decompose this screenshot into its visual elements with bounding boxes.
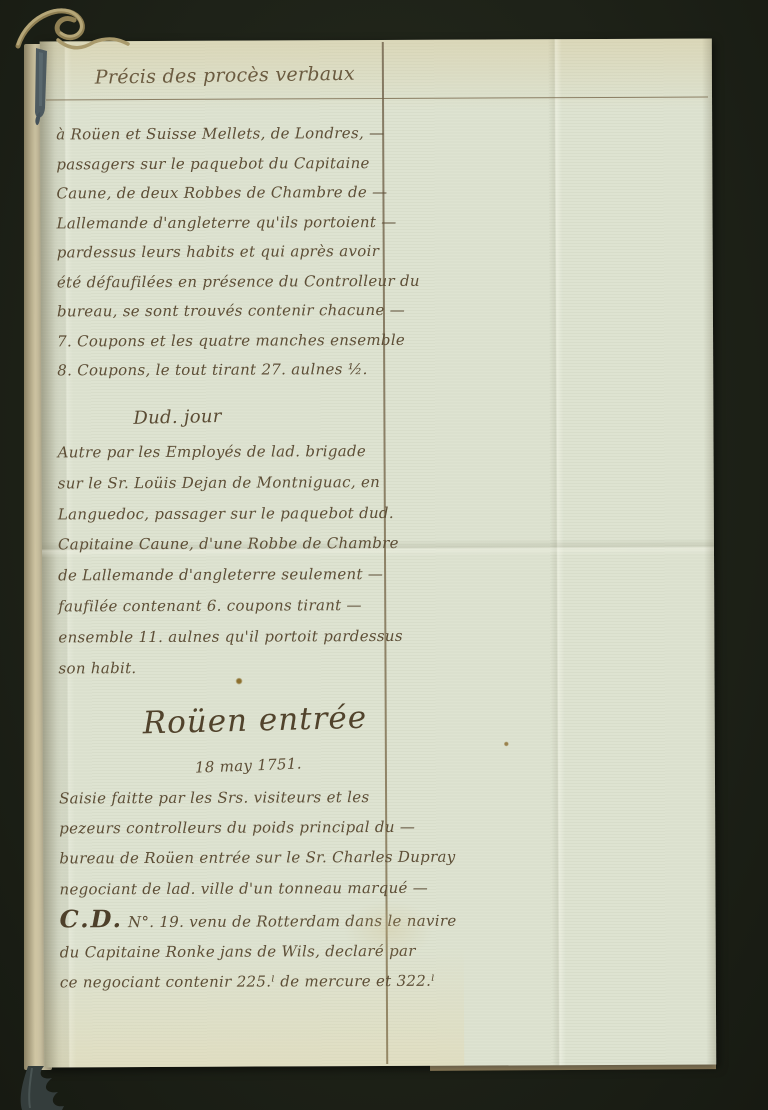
ribbon-bottom-icon — [21, 1066, 64, 1110]
left-text-column: à Roüen et Suisse Mellets, de Londres, —… — [54, 40, 386, 41]
paragraph-rouen-entree: Saisie faitte par les Srs. visiteurs et … — [59, 782, 388, 998]
manuscript-line: 7. Coupons et les quatre manches ensembl… — [57, 325, 385, 356]
manuscript-line: Languedoc, passager sur le paquebot dud. — [58, 498, 386, 530]
right-column-blank — [384, 41, 714, 1064]
manuscript-line: Autre par les Employés de lad. brigade — [57, 436, 385, 468]
manuscript-line: été défaufilées en présence du Controlle… — [57, 266, 385, 297]
manuscript-line: son habit. — [58, 652, 386, 684]
manuscript-line: Caune, de deux Robbes de Chambre de — — [56, 178, 384, 209]
section-date: 18 may 1751. — [195, 754, 302, 776]
manuscript-line: de Lallemande d'angleterre seulement — — [58, 559, 386, 591]
manuscript-line: 8. Coupons, le tout tirant 27. aulnes ½. — [57, 355, 385, 386]
manuscript-line: sur le Sr. Loüis Dejan de Montniguac, en — [58, 467, 386, 499]
section-heading-same-day: Dud. jour — [133, 406, 222, 429]
paragraph-same-day: Autre par les Employés de lad. brigade s… — [57, 436, 386, 684]
manuscript-line: Saisie faitte par les Srs. visiteurs et … — [59, 782, 387, 814]
paragraph-continuation: à Roüen et Suisse Mellets, de Londres, —… — [56, 119, 385, 386]
scanner-background: Précis des procès verbaux à Roüen et Sui… — [0, 0, 768, 1110]
manuscript-line: faufilée contenant 6. coupons tirant — — [58, 590, 386, 622]
manuscript-line: Capitaine Caune, d'une Robbe de Chambre — [58, 528, 386, 560]
manuscript-line: pezeurs controlleurs du poids principal … — [59, 812, 387, 844]
manuscript-line: du Capitaine Ronke jans de Wils, declaré… — [60, 936, 388, 968]
manuscript-line: bureau, se sont trouvés contenir chacune… — [57, 296, 385, 327]
manuscript-line: ce negociant contenir 225.ˡ de mercure e… — [60, 966, 388, 998]
manuscript-line: pardessus leurs habits et qui après avoi… — [57, 237, 385, 268]
manuscript-line: passagers sur le paquebot du Capitaine — [56, 148, 384, 179]
manuscript-line: bureau de Roüen entrée sur le Sr. Charle… — [59, 842, 387, 874]
manuscript-line: à Roüen et Suisse Mellets, de Londres, — — [56, 119, 384, 150]
section-heading-rouen-entree: Roüen entrée — [142, 700, 367, 742]
page-title: Précis des procès verbaux — [85, 63, 365, 89]
cask-mark-initials: C.D. — [60, 904, 123, 933]
manuscript-line: Lallemande d'angleterre qu'ils portoient… — [56, 207, 384, 238]
manuscript-line-cask-mark: C.D. N°. 19. venu de Rotterdam dans le n… — [60, 903, 388, 938]
manuscript-page: Précis des procès verbaux à Roüen et Sui… — [40, 39, 716, 1068]
manuscript-line: ensemble 11. aulnes qu'il portoit pardes… — [58, 621, 386, 653]
manuscript-line: negociant de lad. ville d'un tonneau mar… — [59, 873, 387, 905]
